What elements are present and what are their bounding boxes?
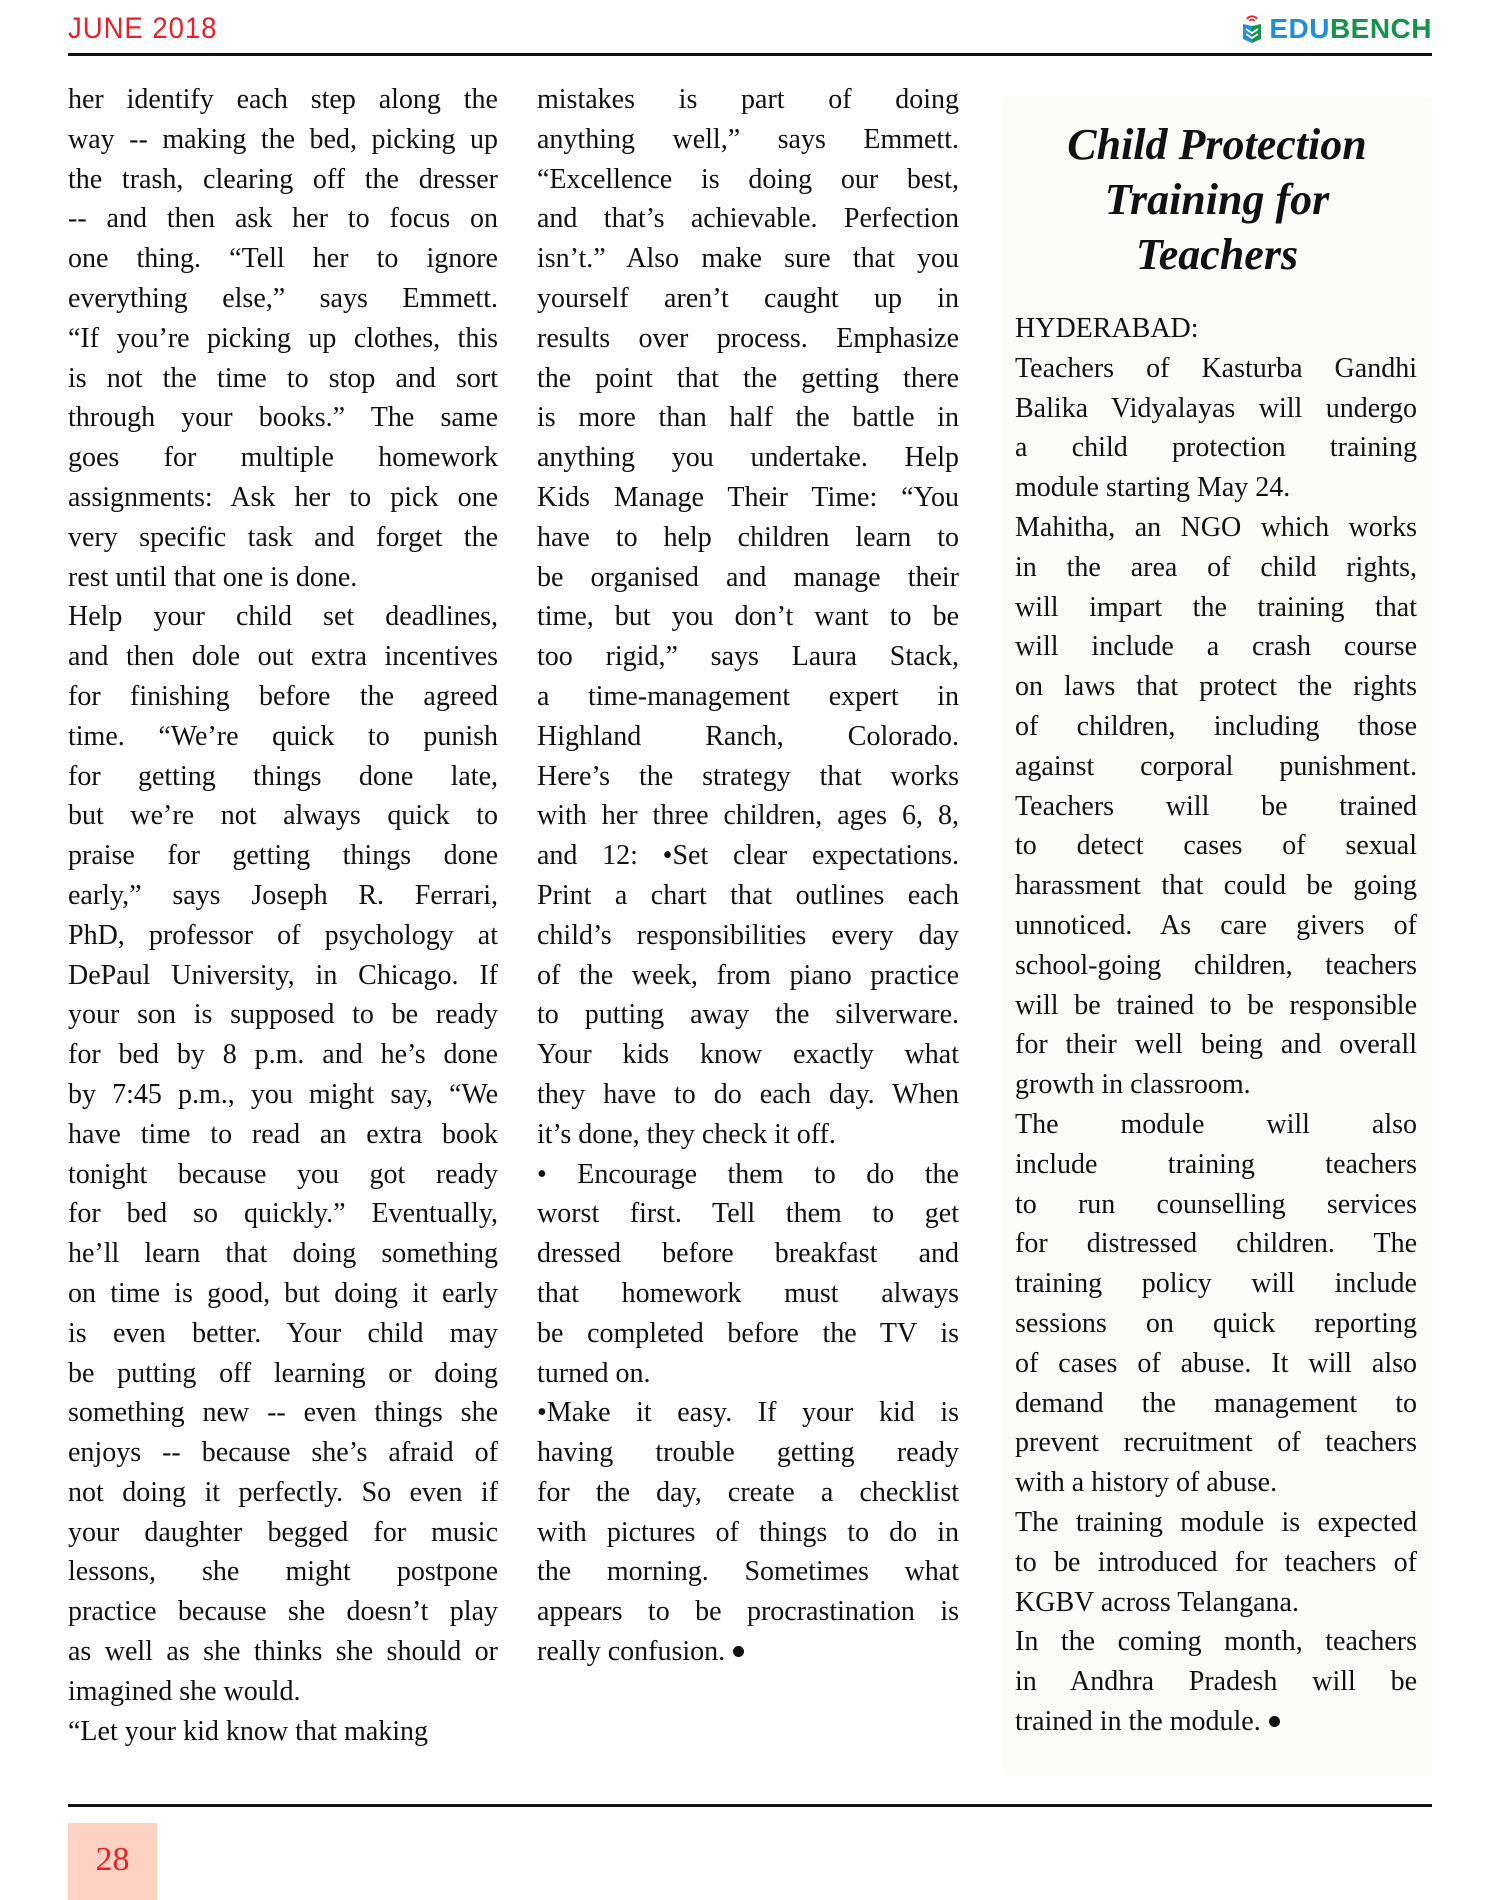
- text-line-content: Mahitha, an NGO which works: [1015, 512, 1417, 543]
- text-line: is even better. Your child may: [68, 1314, 498, 1354]
- text-line: to putting away the silverware.: [537, 995, 959, 1035]
- brand-name-edu: EDU: [1269, 13, 1330, 44]
- text-line-content: for bed so quickly.” Eventually,: [68, 1198, 498, 1229]
- text-line: is not the time to stop and sort: [68, 359, 498, 399]
- text-line-content: against corporal punishment.: [1015, 751, 1417, 782]
- text-line-content: as well as she thinks she should or: [68, 1636, 498, 1667]
- issue-date: JUNE 2018: [68, 12, 217, 46]
- text-line-content: not doing it perfectly. So even if: [68, 1477, 498, 1508]
- text-line-content: it’s done, they check it off.: [537, 1119, 836, 1150]
- text-line-content: your son is supposed to be ready: [68, 999, 498, 1030]
- text-line-content: Teachers will be trained: [1015, 791, 1417, 822]
- text-line-content: of children, including those: [1015, 711, 1417, 742]
- text-line: having trouble getting ready: [537, 1433, 959, 1473]
- header-divider: [68, 53, 1432, 56]
- text-line-content: In the coming month, teachers: [1015, 1626, 1417, 1657]
- text-line: imagined she would.: [68, 1672, 498, 1712]
- text-line-content: through your books.” The same: [68, 402, 498, 433]
- text-line: early,” says Joseph R. Ferrari,: [68, 876, 498, 916]
- sidebar-body: HYDERABAD: Teachers of Kasturba GandhiBa…: [1015, 309, 1417, 1742]
- text-line-content: practice because she doesn’t play: [68, 1596, 498, 1627]
- text-line: for their well being and overall: [1015, 1025, 1417, 1065]
- text-line-content: in the area of child rights,: [1015, 552, 1417, 583]
- text-line-content: rest until that one is done.: [68, 562, 357, 593]
- text-line: a child protection training: [1015, 428, 1417, 468]
- text-line-content: for the day, create a checklist: [537, 1477, 959, 1508]
- text-line: by 7:45 p.m., you might say, “We: [68, 1075, 498, 1115]
- text-line: for finishing before the agreed: [68, 677, 498, 717]
- text-line-content: “Excellence is doing our best,: [537, 164, 959, 195]
- text-line-content: DePaul University, in Chicago. If: [68, 960, 498, 991]
- text-line: Kids Manage Their Time: “You: [537, 478, 959, 518]
- text-line: The training module is expected: [1015, 1503, 1417, 1543]
- text-line-content: the point that the getting there: [537, 363, 959, 394]
- text-line: a time-management expert in: [537, 677, 959, 717]
- text-line-content: for bed by 8 p.m. and he’s done: [68, 1039, 498, 1070]
- dateline: HYDERABAD:: [1015, 309, 1417, 349]
- text-line: child’s responsibilities every day: [537, 916, 959, 956]
- text-line-content: by 7:45 p.m., you might say, “We: [68, 1079, 498, 1110]
- text-line-content: Teachers of Kasturba Gandhi: [1015, 353, 1417, 384]
- text-line-content: is not the time to stop and sort: [68, 363, 498, 394]
- text-line-content: to detect cases of sexual: [1015, 830, 1417, 861]
- text-line-content: is more than half the battle in: [537, 402, 959, 433]
- text-line-content: Here’s the strategy that works: [537, 761, 959, 792]
- text-line-content: “If you’re picking up clothes, this: [68, 323, 498, 354]
- text-line: to run counselling services: [1015, 1185, 1417, 1225]
- text-line: Highland Ranch, Colorado.: [537, 717, 959, 757]
- text-line: he’ll learn that doing something: [68, 1234, 498, 1274]
- text-line-content: KGBV across Telangana.: [1015, 1587, 1299, 1618]
- text-line: harassment that could be going: [1015, 866, 1417, 906]
- text-line-content: results over process. Emphasize: [537, 323, 959, 354]
- text-line: tonight because you got ready: [68, 1155, 498, 1195]
- text-line-content: a time-management expert in: [537, 681, 959, 712]
- text-line: training policy will include: [1015, 1264, 1417, 1304]
- text-line: with pictures of things to do in: [537, 1513, 959, 1553]
- footer-divider: [68, 1804, 1432, 1807]
- text-line-content: growth in classroom.: [1015, 1069, 1251, 1100]
- text-line: something new -- even things she: [68, 1393, 498, 1433]
- text-line-content: prevent recruitment of teachers: [1015, 1427, 1417, 1458]
- text-line: on laws that protect the rights: [1015, 667, 1417, 707]
- text-line: that homework must always: [537, 1274, 959, 1314]
- text-line-content: will include a crash course: [1015, 631, 1417, 662]
- text-line: unnoticed. As care givers of: [1015, 906, 1417, 946]
- brand-name: EDUBENCH: [1269, 15, 1432, 43]
- text-line: be organised and manage their: [537, 558, 959, 598]
- text-line-content: Balika Vidyalayas will undergo: [1015, 393, 1417, 424]
- text-line: to be introduced for teachers of: [1015, 1543, 1417, 1583]
- text-line: very specific task and forget the: [68, 518, 498, 558]
- text-line: the point that the getting there: [537, 359, 959, 399]
- text-line-content: have time to read an extra book: [68, 1119, 498, 1150]
- text-line: dressed before breakfast and: [537, 1234, 959, 1274]
- text-line: time. “We’re quick to punish: [68, 717, 498, 757]
- text-line-content: with a history of abuse.: [1015, 1467, 1277, 1498]
- text-line-content: Print a chart that outlines each: [537, 880, 959, 911]
- text-line: results over process. Emphasize: [537, 319, 959, 359]
- text-line: of children, including those: [1015, 707, 1417, 747]
- text-line-content: he’ll learn that doing something: [68, 1238, 498, 1269]
- text-line: rest until that one is done.: [68, 558, 498, 598]
- text-line-content: include training teachers: [1015, 1149, 1417, 1180]
- text-line: • Encourage them to do the: [537, 1155, 959, 1195]
- text-line: for bed so quickly.” Eventually,: [68, 1194, 498, 1234]
- text-line: of the week, from piano practice: [537, 956, 959, 996]
- headline-line: Child Protection: [1002, 117, 1432, 172]
- text-line: too rigid,” says Laura Stack,: [537, 637, 959, 677]
- text-line: and then dole out extra incentives: [68, 637, 498, 677]
- text-line: time, but you don’t want to be: [537, 597, 959, 637]
- text-line: yourself aren’t caught up in: [537, 279, 959, 319]
- shield-book-wifi-icon: [1241, 14, 1263, 44]
- text-line: -- and then ask her to focus on: [68, 199, 498, 239]
- text-line-content: the morning. Sometimes what: [537, 1556, 959, 1587]
- text-line: have time to read an extra book: [68, 1115, 498, 1155]
- text-line: is more than half the battle in: [537, 398, 959, 438]
- text-line-content: tonight because you got ready: [68, 1159, 498, 1190]
- text-line-content: on laws that protect the rights: [1015, 671, 1417, 702]
- text-line: goes for multiple homework: [68, 438, 498, 478]
- text-line: be completed before the TV is: [537, 1314, 959, 1354]
- text-line: DePaul University, in Chicago. If: [68, 956, 498, 996]
- text-line-content: praise for getting things done: [68, 840, 498, 871]
- text-line: they have to do each day. When: [537, 1075, 959, 1115]
- text-line: through your books.” The same: [68, 398, 498, 438]
- text-line: The module will also: [1015, 1105, 1417, 1145]
- end-of-article-bullet-icon: [1269, 1716, 1280, 1727]
- text-line-content: module starting May 24.: [1015, 472, 1290, 503]
- text-line: module starting May 24.: [1015, 468, 1417, 508]
- text-line-content: for distressed children. The: [1015, 1228, 1417, 1259]
- text-line: way -- making the bed, picking up: [68, 120, 498, 160]
- text-line-content: for finishing before the agreed: [68, 681, 498, 712]
- text-line: in Andhra Pradesh will be: [1015, 1662, 1417, 1702]
- sidebar-news-box: Child Protection Training for Teachers H…: [1002, 97, 1432, 1773]
- text-line-content: one thing. “Tell her to ignore: [68, 243, 498, 274]
- text-line-content: worst first. Tell them to get: [537, 1198, 959, 1229]
- text-line: appears to be procrastination is: [537, 1592, 959, 1632]
- brand-logo: EDUBENCH: [1241, 14, 1432, 44]
- text-line: on time is good, but doing it early: [68, 1274, 498, 1314]
- text-line-content: mistakes is part of doing: [537, 84, 959, 115]
- text-line-content: early,” says Joseph R. Ferrari,: [68, 880, 498, 911]
- text-line: with a history of abuse.: [1015, 1463, 1417, 1503]
- text-line-content: demand the management to: [1015, 1388, 1417, 1419]
- text-line-content: will impart the training that: [1015, 592, 1417, 623]
- text-line-content: with her three children, ages 6, 8,: [537, 800, 959, 831]
- text-line-content: and then dole out extra incentives: [68, 641, 498, 672]
- text-line-content: Kids Manage Their Time: “You: [537, 482, 959, 513]
- text-line: “Excellence is doing our best,: [537, 160, 959, 200]
- text-line-content: turned on.: [537, 1358, 651, 1389]
- text-line-content: be putting off learning or doing: [68, 1358, 498, 1389]
- text-line: the morning. Sometimes what: [537, 1552, 959, 1592]
- text-line: her identify each step along the: [68, 80, 498, 120]
- text-line-content: isn’t.” Also make sure that you: [537, 243, 959, 274]
- page-number-box: 28: [68, 1823, 157, 1900]
- text-line-content: everything else,” says Emmett.: [68, 283, 498, 314]
- text-line: in the area of child rights,: [1015, 548, 1417, 588]
- text-line: PhD, professor of psychology at: [68, 916, 498, 956]
- text-line: “Let your kid know that making: [68, 1712, 498, 1752]
- text-line: for getting things done late,: [68, 757, 498, 797]
- text-line-content: be completed before the TV is: [537, 1318, 959, 1349]
- text-line: KGBV across Telangana.: [1015, 1583, 1417, 1623]
- text-line-content: -- and then ask her to focus on: [68, 203, 498, 234]
- text-line: Help your child set deadlines,: [68, 597, 498, 637]
- text-line-content: Your kids know exactly what: [537, 1039, 959, 1070]
- text-line-content: way -- making the bed, picking up: [68, 124, 498, 155]
- text-line: Teachers of Kasturba Gandhi: [1015, 349, 1417, 389]
- article-column-1: her identify each step along theway -- m…: [68, 80, 498, 1751]
- text-line: Here’s the strategy that works: [537, 757, 959, 797]
- text-line: demand the management to: [1015, 1384, 1417, 1424]
- text-line-content: • Encourage them to do the: [537, 1159, 959, 1190]
- text-line-content: assignments: Ask her to pick one: [68, 482, 498, 513]
- text-line-content: sessions on quick reporting: [1015, 1308, 1417, 1339]
- text-line-content: but we’re not always quick to: [68, 800, 498, 831]
- sidebar-headline: Child Protection Training for Teachers: [1002, 117, 1432, 282]
- text-line-content: that homework must always: [537, 1278, 959, 1309]
- text-line-content: a child protection training: [1015, 432, 1417, 463]
- text-line-content: to be introduced for teachers of: [1015, 1547, 1417, 1578]
- text-line: practice because she doesn’t play: [68, 1592, 498, 1632]
- article-column-2: mistakes is part of doinganything well,”…: [537, 80, 959, 1672]
- text-line-content: for their well being and overall: [1015, 1029, 1417, 1060]
- text-line: Balika Vidyalayas will undergo: [1015, 389, 1417, 429]
- text-line-content: really confusion.: [537, 1636, 725, 1667]
- text-line-content: of cases of abuse. It will also: [1015, 1348, 1417, 1379]
- headline-line: Training for: [1002, 172, 1432, 227]
- text-line: the trash, clearing off the dresser: [68, 160, 498, 200]
- text-line: school-going children, teachers: [1015, 946, 1417, 986]
- text-line-content: and 12: •Set clear expectations.: [537, 840, 959, 871]
- text-line: for bed by 8 p.m. and he’s done: [68, 1035, 498, 1075]
- text-line-content: have to help children learn to: [537, 522, 959, 553]
- text-line: “If you’re picking up clothes, this: [68, 319, 498, 359]
- text-line: assignments: Ask her to pick one: [68, 478, 498, 518]
- text-line-content: training policy will include: [1015, 1268, 1417, 1299]
- text-line-content: they have to do each day. When: [537, 1079, 959, 1110]
- text-line-content: in Andhra Pradesh will be: [1015, 1666, 1417, 1697]
- text-line-content: to putting away the silverware.: [537, 999, 959, 1030]
- text-line: Your kids know exactly what: [537, 1035, 959, 1075]
- text-line: against corporal punishment.: [1015, 747, 1417, 787]
- brand-name-bench: BENCH: [1330, 13, 1432, 44]
- text-line: of cases of abuse. It will also: [1015, 1344, 1417, 1384]
- text-line: be putting off learning or doing: [68, 1354, 498, 1394]
- text-line: your daughter begged for music: [68, 1513, 498, 1553]
- text-line-content: lessons, she might postpone: [68, 1556, 498, 1587]
- text-line: anything well,” says Emmett.: [537, 120, 959, 160]
- text-line: for distressed children. The: [1015, 1224, 1417, 1264]
- text-line: enjoys -- because she’s afraid of: [68, 1433, 498, 1473]
- text-line: and 12: •Set clear expectations.: [537, 836, 959, 876]
- text-line-content: be organised and manage their: [537, 562, 959, 593]
- text-line-content: unnoticed. As care givers of: [1015, 910, 1417, 941]
- text-line: your son is supposed to be ready: [68, 995, 498, 1035]
- text-line-content: goes for multiple homework: [68, 442, 498, 473]
- text-line: include training teachers: [1015, 1145, 1417, 1185]
- text-line-content: enjoys -- because she’s afraid of: [68, 1437, 498, 1468]
- text-line-content: trained in the module.: [1015, 1706, 1261, 1737]
- text-line: will include a crash course: [1015, 627, 1417, 667]
- text-line: Print a chart that outlines each: [537, 876, 959, 916]
- text-line: prevent recruitment of teachers: [1015, 1423, 1417, 1463]
- text-line: turned on.: [537, 1354, 959, 1394]
- text-line: trained in the module.: [1015, 1702, 1417, 1742]
- text-line-content: to run counselling services: [1015, 1189, 1417, 1220]
- text-line: praise for getting things done: [68, 836, 498, 876]
- text-line-content: The module will also: [1015, 1109, 1417, 1140]
- text-line: growth in classroom.: [1015, 1065, 1417, 1105]
- end-of-article-bullet-icon: [733, 1646, 744, 1657]
- text-line-content: harassment that could be going: [1015, 870, 1417, 901]
- text-line-content: the trash, clearing off the dresser: [68, 164, 498, 195]
- text-line: sessions on quick reporting: [1015, 1304, 1417, 1344]
- text-line: mistakes is part of doing: [537, 80, 959, 120]
- text-line-content: PhD, professor of psychology at: [68, 920, 498, 951]
- text-line: will impart the training that: [1015, 588, 1417, 628]
- text-line-content: something new -- even things she: [68, 1397, 498, 1428]
- text-line-content: and that’s achievable. Perfection: [537, 203, 959, 234]
- text-line: •Make it easy. If your kid is: [537, 1393, 959, 1433]
- text-line: Teachers will be trained: [1015, 787, 1417, 827]
- text-line-content: appears to be procrastination is: [537, 1596, 959, 1627]
- text-line: really confusion.: [537, 1632, 959, 1672]
- text-line: one thing. “Tell her to ignore: [68, 239, 498, 279]
- text-line: to detect cases of sexual: [1015, 826, 1417, 866]
- text-line: it’s done, they check it off.: [537, 1115, 959, 1155]
- text-line: will be trained to be responsible: [1015, 986, 1417, 1026]
- text-line: isn’t.” Also make sure that you: [537, 239, 959, 279]
- text-line: for the day, create a checklist: [537, 1473, 959, 1513]
- page-number: 28: [68, 1841, 157, 1879]
- text-line-content: time, but you don’t want to be: [537, 601, 959, 632]
- text-line-content: too rigid,” says Laura Stack,: [537, 641, 959, 672]
- text-line-content: anything you undertake. Help: [537, 442, 959, 473]
- text-line: have to help children learn to: [537, 518, 959, 558]
- text-line-content: Highland Ranch, Colorado.: [537, 721, 959, 752]
- headline-line: Teachers: [1002, 227, 1432, 282]
- text-line: but we’re not always quick to: [68, 796, 498, 836]
- text-line-content: school-going children, teachers: [1015, 950, 1417, 981]
- text-line: everything else,” says Emmett.: [68, 279, 498, 319]
- text-line-content: •Make it easy. If your kid is: [537, 1397, 959, 1428]
- text-line-content: on time is good, but doing it early: [68, 1278, 498, 1309]
- text-line-content: your daughter begged for music: [68, 1517, 498, 1548]
- text-line: as well as she thinks she should or: [68, 1632, 498, 1672]
- text-line-content: with pictures of things to do in: [537, 1517, 959, 1548]
- text-line-content: is even better. Your child may: [68, 1318, 498, 1349]
- text-line: Mahitha, an NGO which works: [1015, 508, 1417, 548]
- text-line: anything you undertake. Help: [537, 438, 959, 478]
- text-line-content: The training module is expected: [1015, 1507, 1417, 1538]
- text-line-content: anything well,” says Emmett.: [537, 124, 959, 155]
- text-line-content: imagined she would.: [68, 1676, 301, 1707]
- text-line-content: very specific task and forget the: [68, 522, 498, 553]
- text-line: not doing it perfectly. So even if: [68, 1473, 498, 1513]
- text-line-content: “Let your kid know that making: [68, 1716, 428, 1747]
- text-line-content: for getting things done late,: [68, 761, 498, 792]
- text-line: lessons, she might postpone: [68, 1552, 498, 1592]
- text-line-content: yourself aren’t caught up in: [537, 283, 959, 314]
- text-line: worst first. Tell them to get: [537, 1194, 959, 1234]
- text-line-content: her identify each step along the: [68, 84, 498, 115]
- text-line-content: time. “We’re quick to punish: [68, 721, 498, 752]
- text-line-content: Help your child set deadlines,: [68, 601, 498, 632]
- text-line: In the coming month, teachers: [1015, 1622, 1417, 1662]
- text-line-content: having trouble getting ready: [537, 1437, 959, 1468]
- text-line-content: will be trained to be responsible: [1015, 990, 1417, 1021]
- text-line-content: of the week, from piano practice: [537, 960, 959, 991]
- text-line-content: child’s responsibilities every day: [537, 920, 959, 951]
- text-line-content: dressed before breakfast and: [537, 1238, 959, 1269]
- text-line: and that’s achievable. Perfection: [537, 199, 959, 239]
- text-line: with her three children, ages 6, 8,: [537, 796, 959, 836]
